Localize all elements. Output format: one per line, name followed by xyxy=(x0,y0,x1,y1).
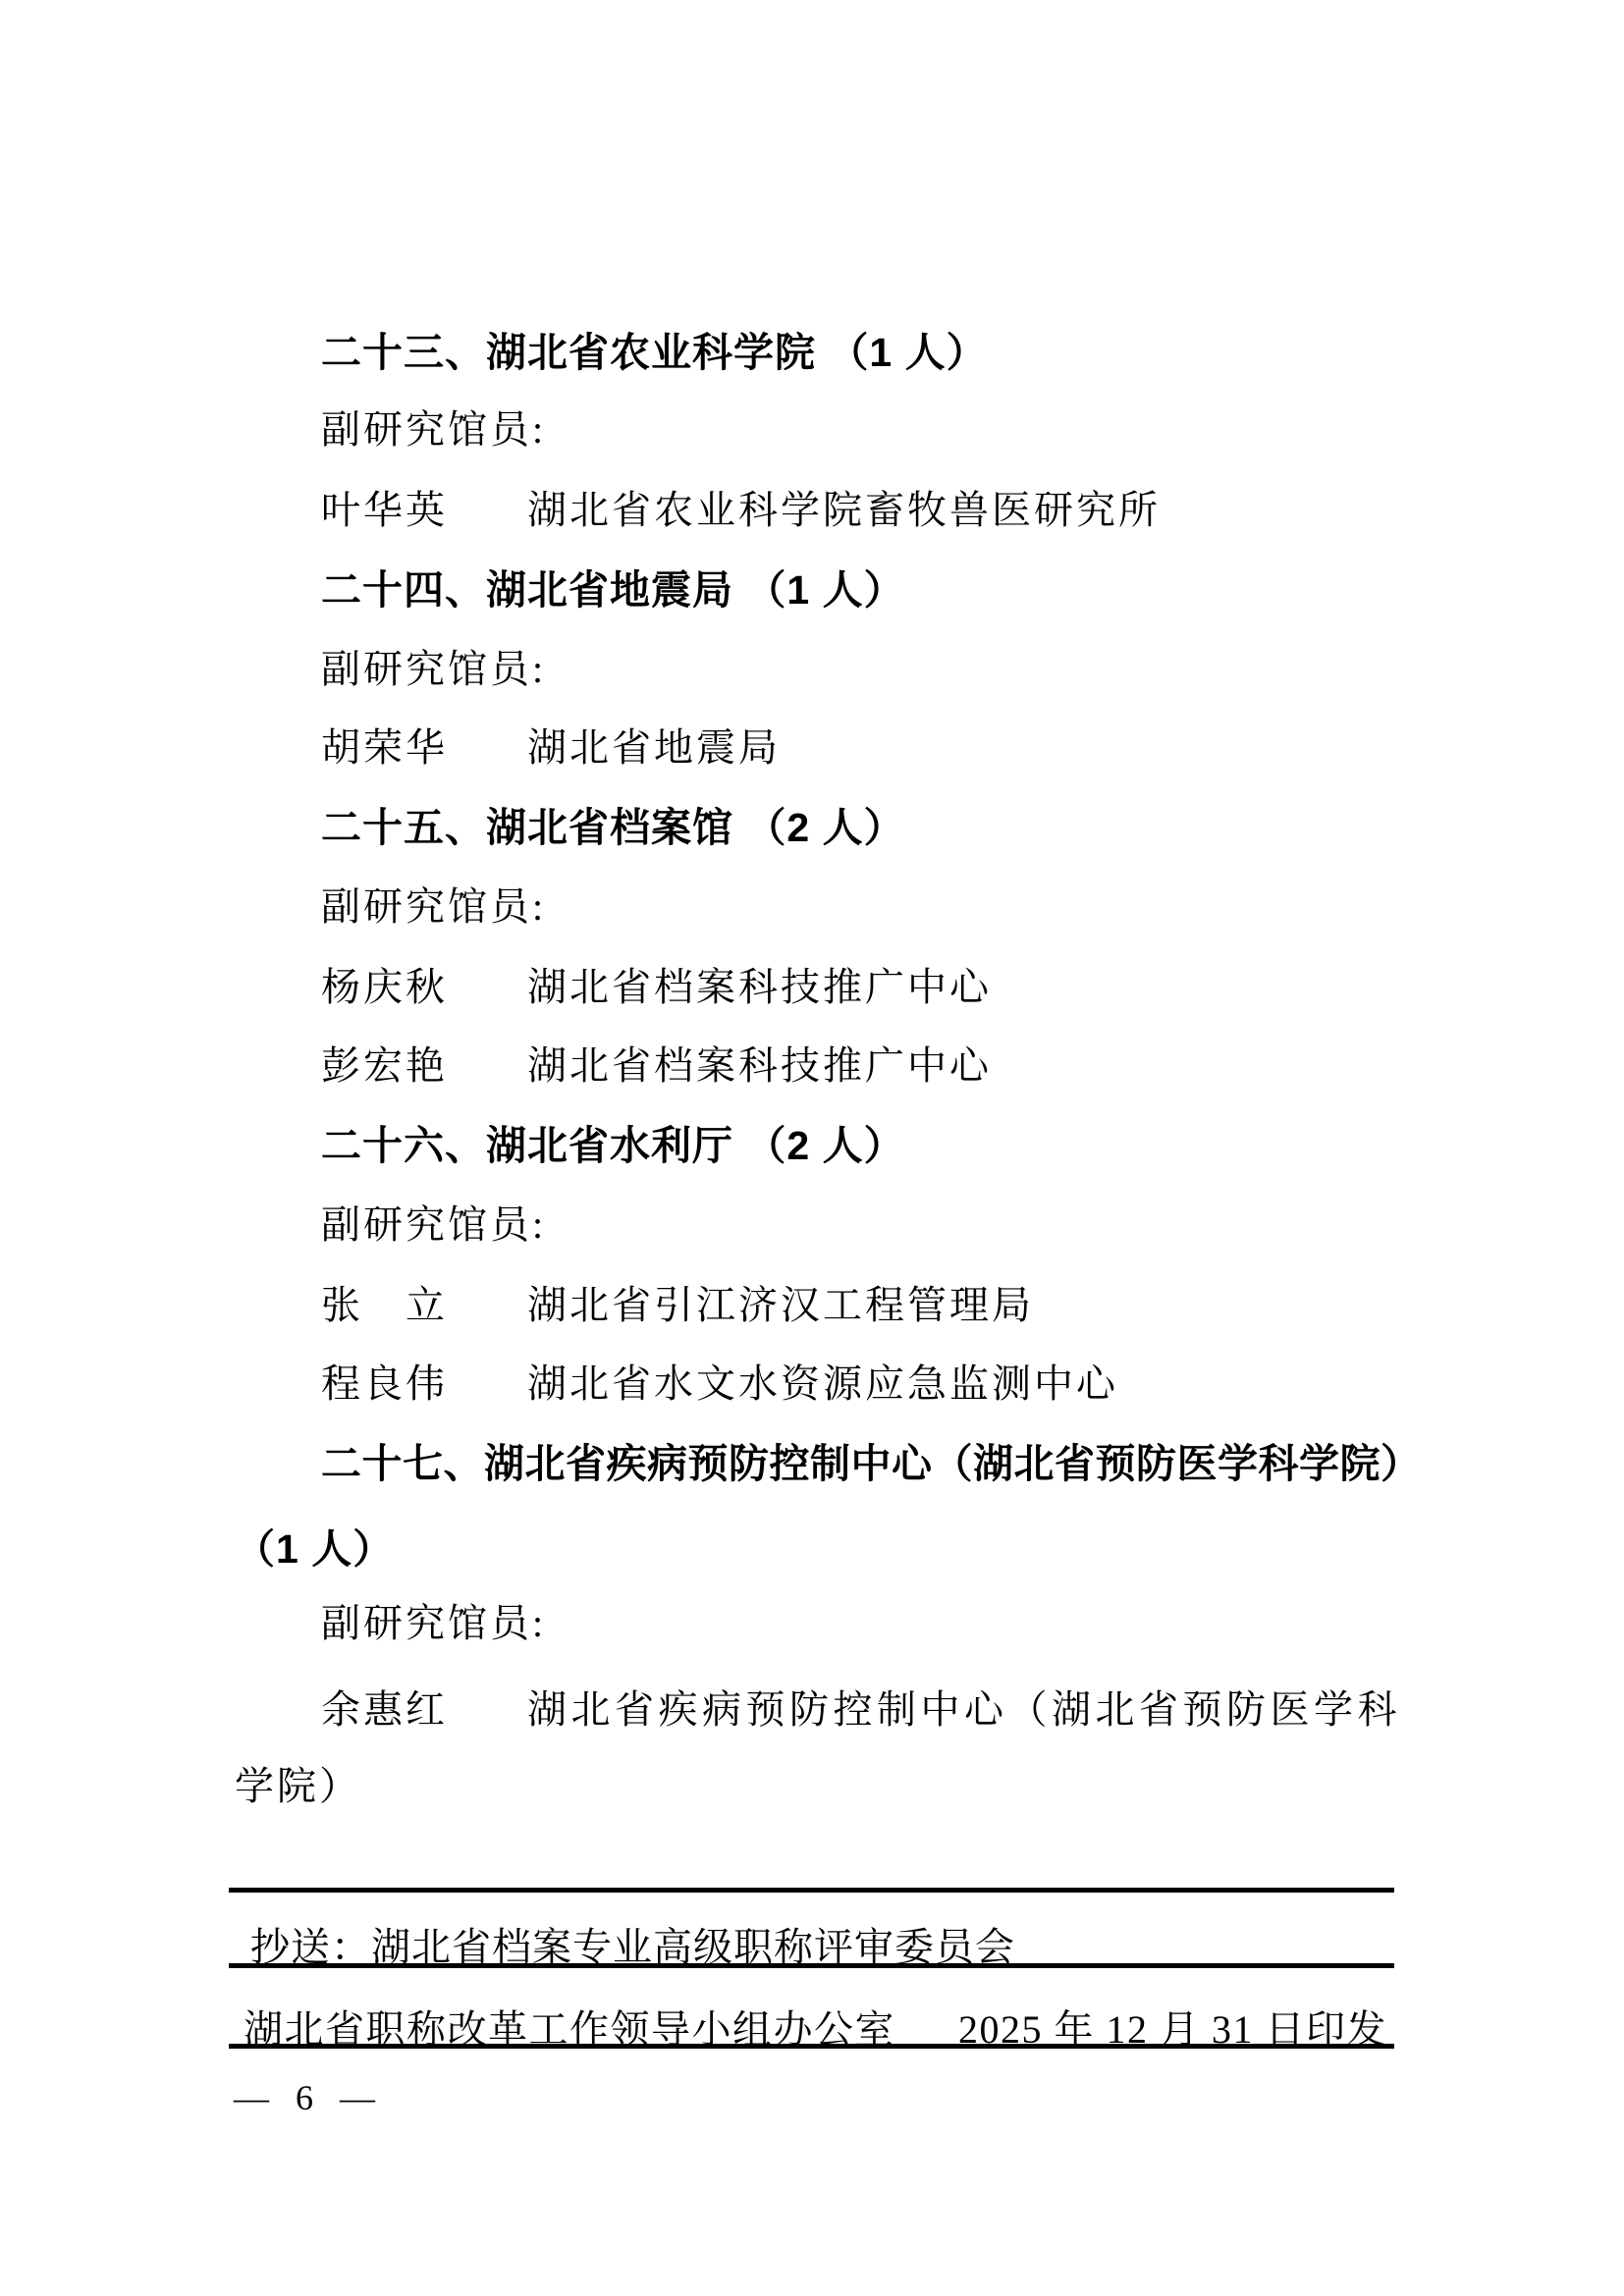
section-27-heading-line1: 二十七、湖北省疾病预防控制中心（湖北省预防医学科学院） xyxy=(321,1431,1422,1482)
document-page: 二十三、湖北省农业科学院 （1 人） 副研究馆员: 叶华英 湖北省农业科学院畜牧… xyxy=(0,0,1624,2296)
entry-org: 湖北省档案科技推广中心 xyxy=(527,956,992,1012)
footer-rule-top xyxy=(229,1888,1394,1893)
section-23-heading: 二十三、湖北省农业科学院 （1 人） xyxy=(321,320,988,371)
entry-name: 程良伟 xyxy=(321,1353,448,1409)
entry-org-line1: 湖北省疾病预防控制中心（湖北省预防医学科 xyxy=(527,1679,1401,1735)
entry-name: 彭宏艳 xyxy=(321,1035,448,1091)
entry-row: 程良伟 湖北省水文水资源应急监测中心 xyxy=(321,1353,448,1404)
entry-org: 湖北省引江济汉工程管理局 xyxy=(527,1274,1034,1330)
entry-row: 余惠红 湖北省疾病预防控制中心（湖北省预防医学科 xyxy=(321,1679,448,1730)
entry-org: 湖北省地震局 xyxy=(527,717,781,773)
page-number: — 6 — xyxy=(234,2077,384,2118)
entry-row: 胡荣华 湖北省地震局 xyxy=(321,717,448,768)
section-25-heading: 二十五、湖北省档案馆 （2 人） xyxy=(321,795,905,846)
entry-name: 张 立 xyxy=(321,1274,448,1330)
section-23-rank-label: 副研究馆员: xyxy=(321,399,546,450)
entry-name: 余惠红 xyxy=(321,1679,448,1735)
entry-org: 湖北省水文水资源应急监测中心 xyxy=(527,1353,1118,1409)
entry-row: 张 立 湖北省引江济汉工程管理局 xyxy=(321,1274,448,1325)
entry-row: 杨庆秋 湖北省档案科技推广中心 xyxy=(321,956,448,1007)
section-24-rank-label: 副研究馆员: xyxy=(321,638,546,689)
section-27-heading-line2: （1 人） xyxy=(235,1517,394,1568)
entry-row: 彭宏艳 湖北省档案科技推广中心 xyxy=(321,1035,448,1086)
entry-org: 湖北省档案科技推广中心 xyxy=(527,1035,992,1091)
entry-org: 湖北省农业科学院畜牧兽医研究所 xyxy=(527,479,1161,535)
entry-name: 胡荣华 xyxy=(321,717,448,773)
entry-name: 叶华英 xyxy=(321,479,448,535)
section-26-rank-label: 副研究馆员: xyxy=(321,1194,546,1245)
footer-rule-bottom xyxy=(229,2044,1394,2049)
entry-row: 叶华英 湖北省农业科学院畜牧兽医研究所 xyxy=(321,479,448,530)
section-24-heading: 二十四、湖北省地震局 （1 人） xyxy=(321,558,905,609)
section-27-rank-label: 副研究馆员: xyxy=(321,1592,546,1643)
footer-rule-middle xyxy=(229,1963,1394,1968)
entry-org-line2: 学院） xyxy=(235,1755,361,1806)
section-25-rank-label: 副研究馆员: xyxy=(321,876,546,927)
entry-name: 杨庆秋 xyxy=(321,956,448,1012)
section-26-heading: 二十六、湖北省水利厅 （2 人） xyxy=(321,1113,905,1164)
